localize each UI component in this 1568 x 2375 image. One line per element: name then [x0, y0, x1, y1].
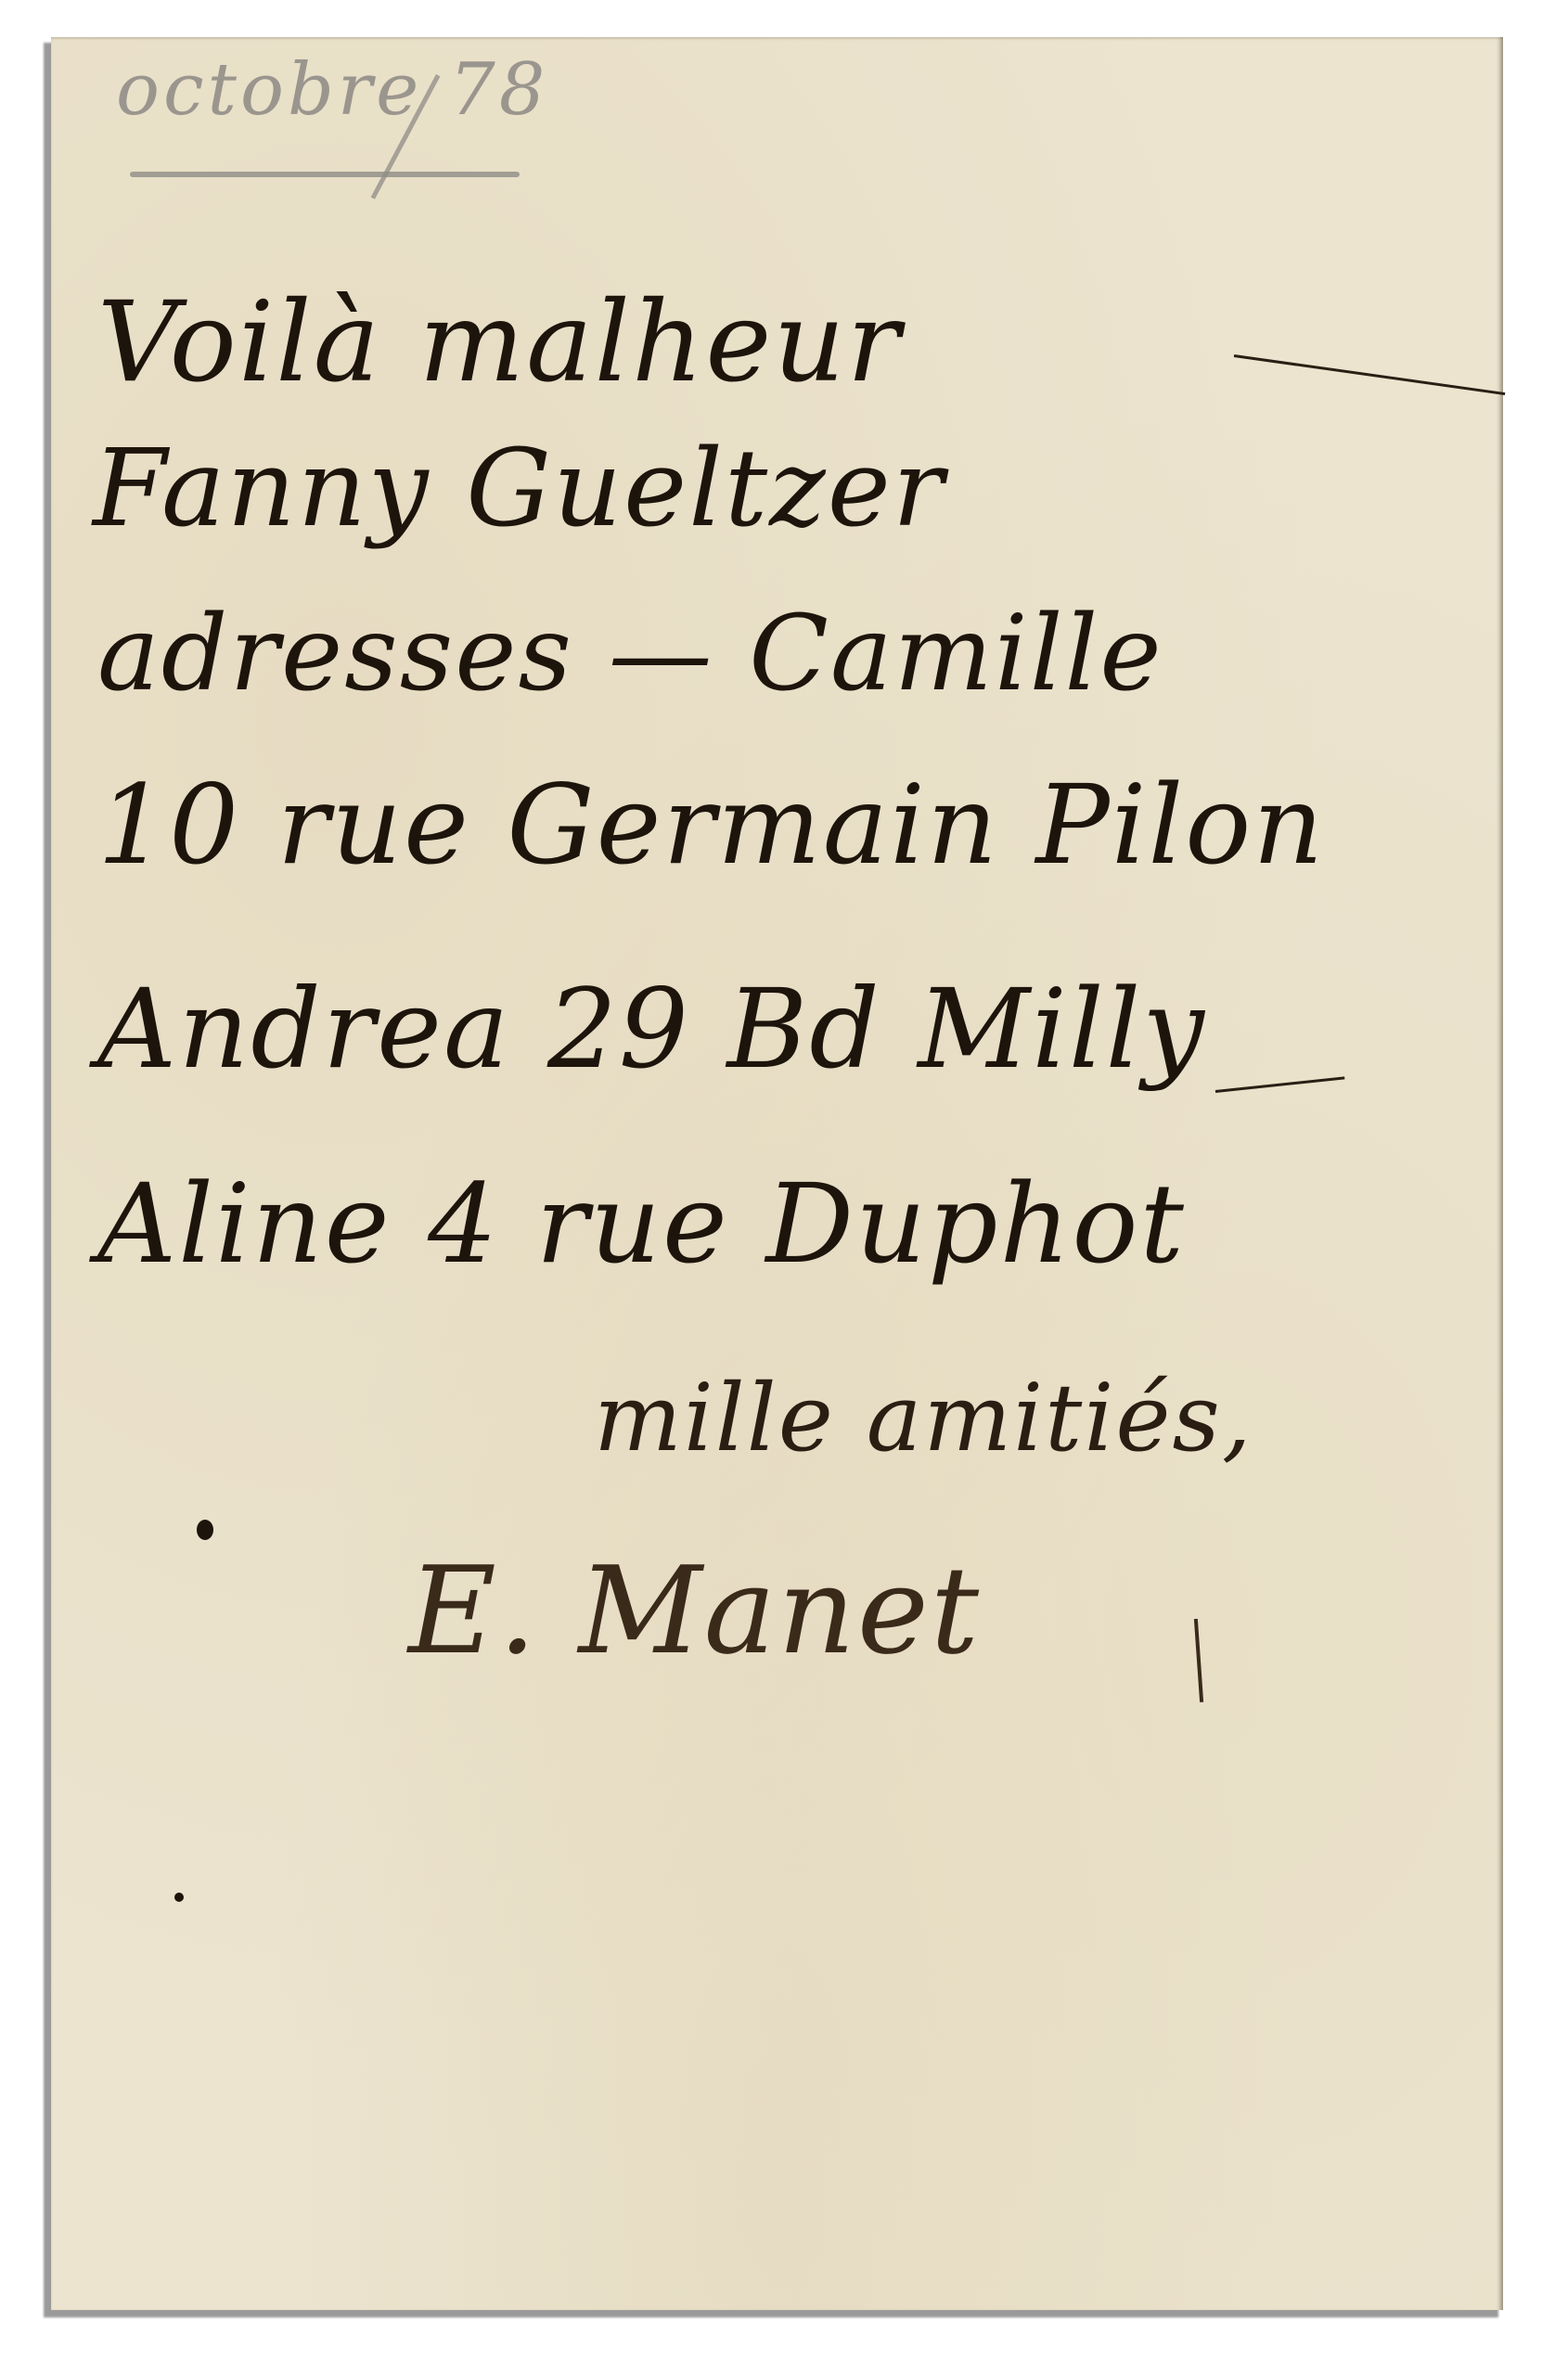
- signature: E. Manet: [408, 1540, 981, 1681]
- pencil-underline: [130, 172, 520, 177]
- letter-line-1: Voilà malheur: [97, 278, 902, 407]
- pencil-date-annotation: octobre 78: [116, 48, 548, 132]
- letter-line-6: Aline 4 rue Duphot: [97, 1160, 1186, 1288]
- letter-line-5: Andrea 29 Bd Milly: [97, 965, 1206, 1093]
- letter-closing: mille amitiés,: [594, 1364, 1253, 1472]
- letter-line-3: adresses — Camille: [97, 594, 1163, 714]
- letter-line-4: 10 rue Germain Pilon: [97, 761, 1325, 889]
- ink-dot-2: [174, 1893, 184, 1902]
- letter-line-2: Fanny Gueltzer: [93, 427, 945, 551]
- ink-dot-1: [197, 1520, 213, 1540]
